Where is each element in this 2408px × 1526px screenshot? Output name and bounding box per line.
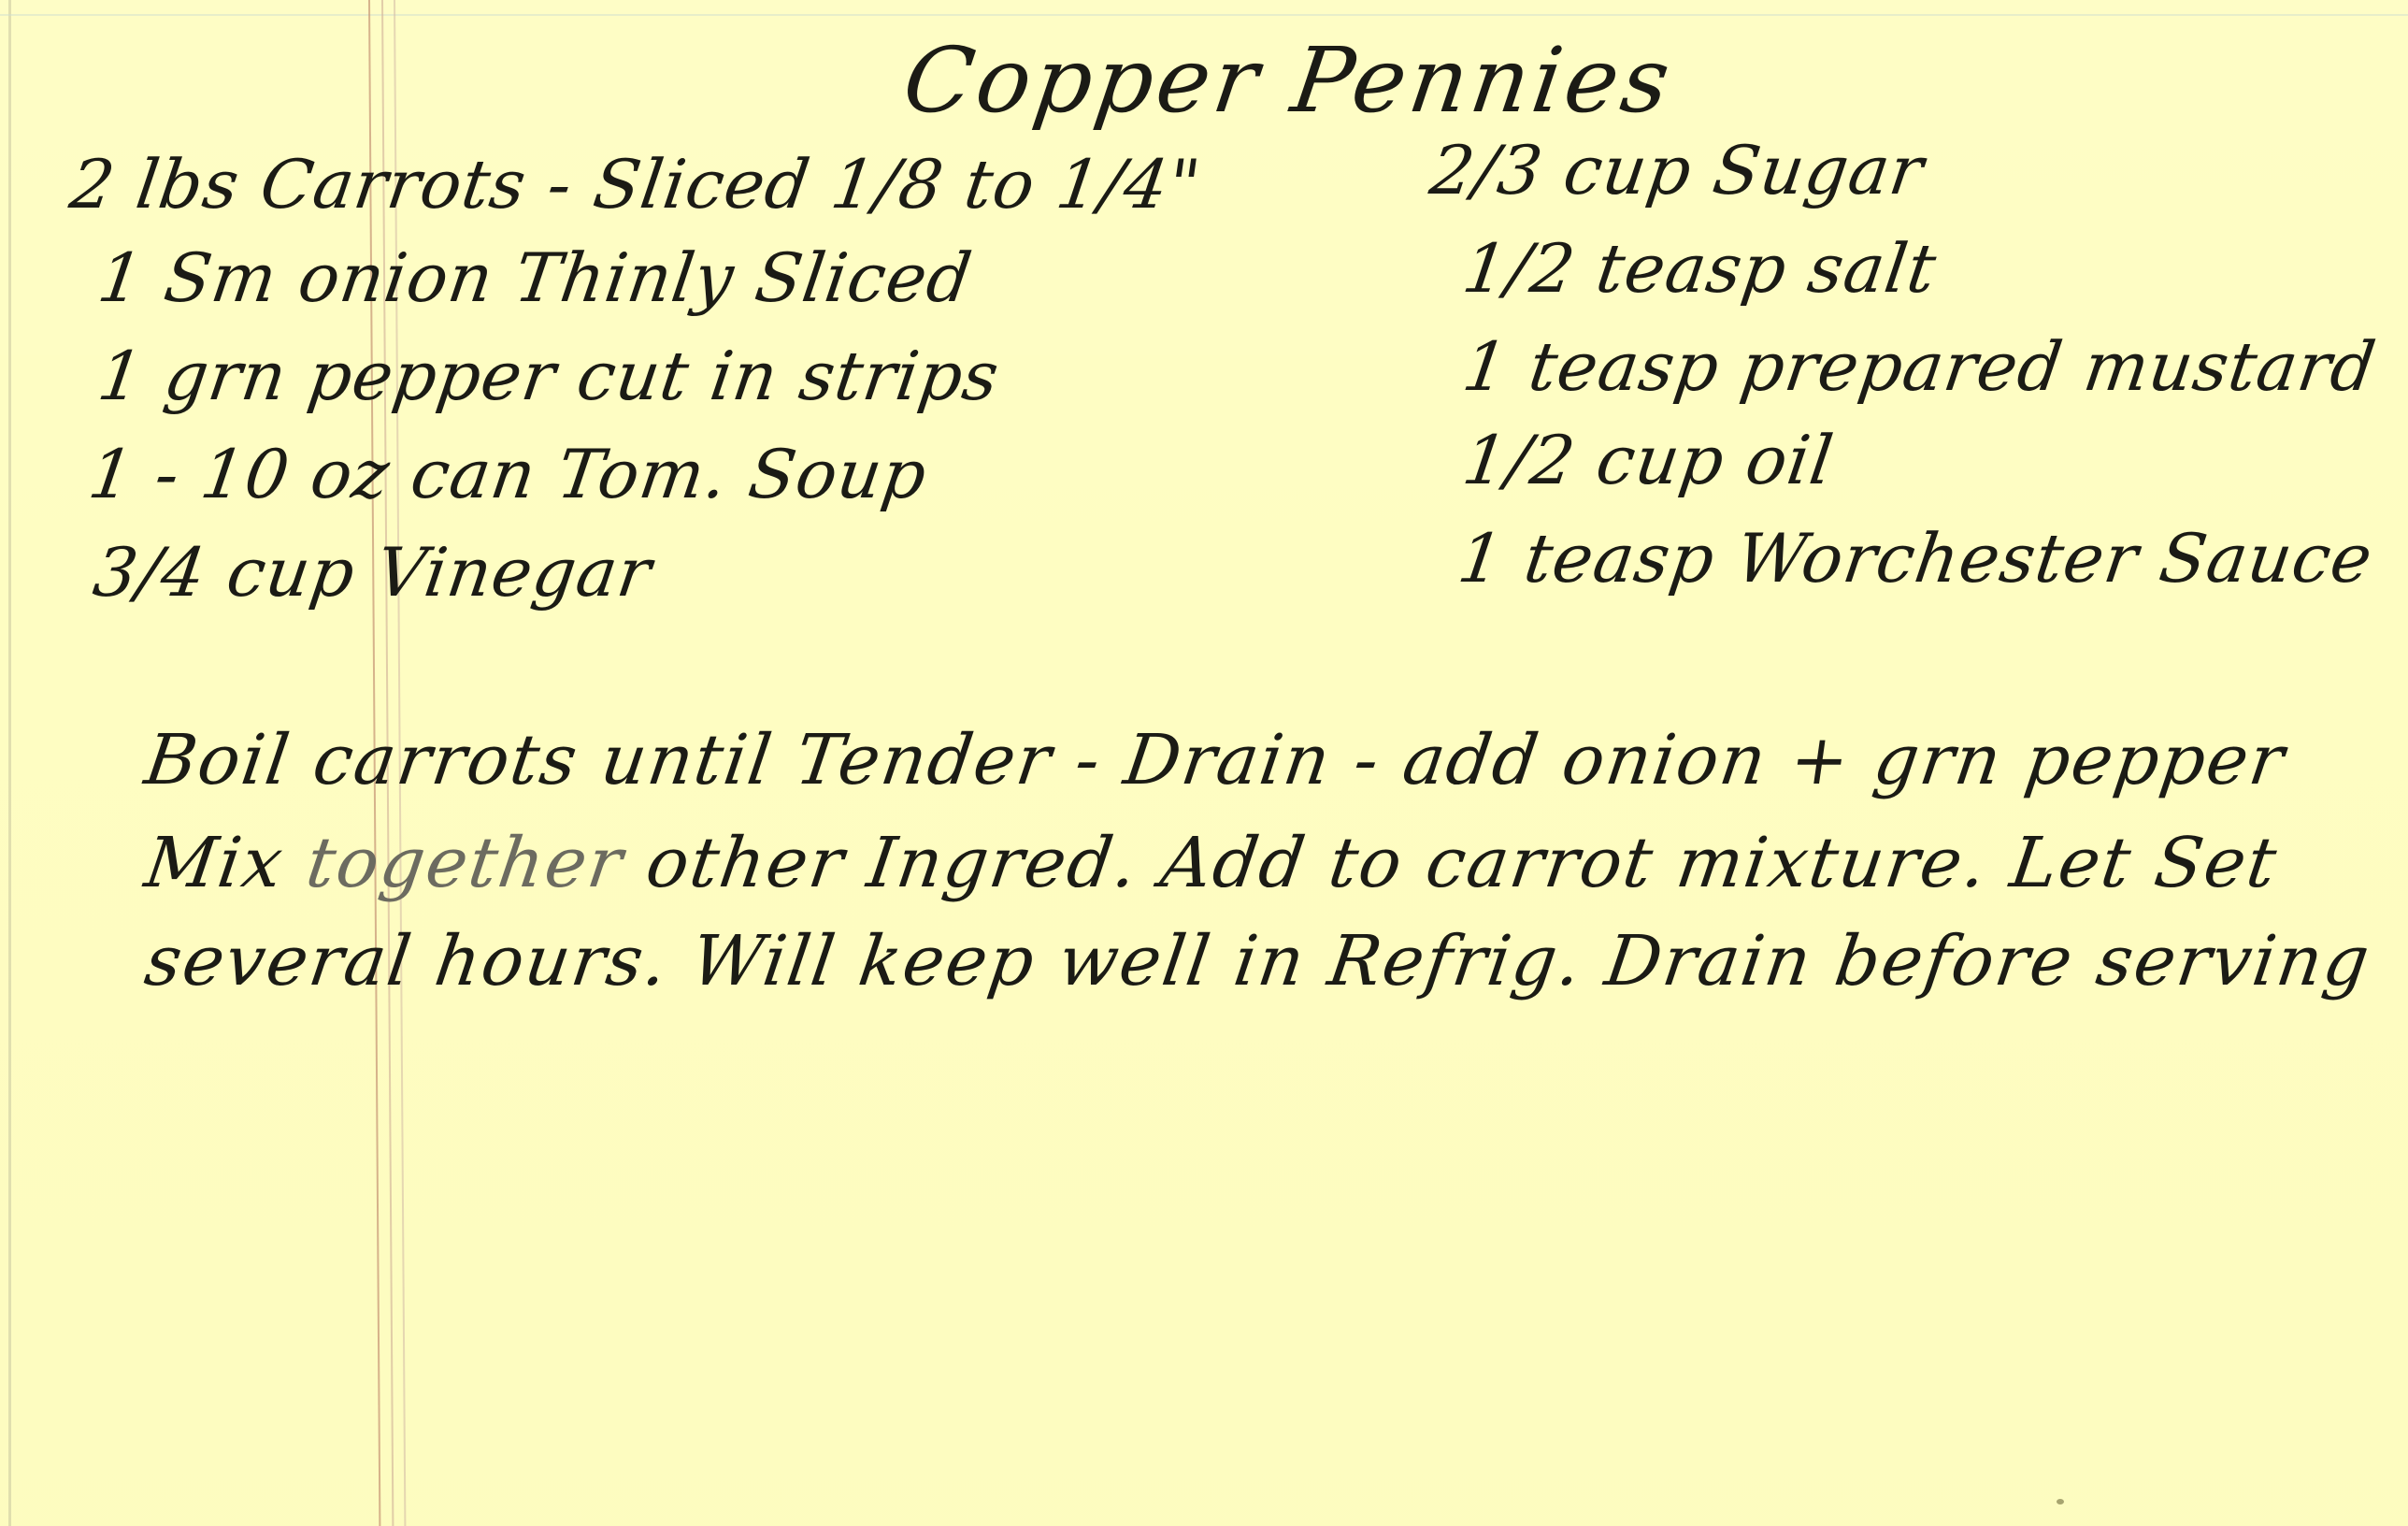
ingredient-item: 1 grn pepper cut in strips [93,337,1004,415]
recipe-title: Copper Pennies [897,28,1680,133]
ingredient-item: 1 Sm onion Thinly Sliced [93,238,977,317]
top-ruled-line [0,14,2408,16]
instruction-text: Mix [140,823,313,903]
instruction-line: Boil carrots until Tender - Drain - add … [140,720,2290,800]
ingredient-item: 3/4 cup Vinegar [89,533,656,612]
instruction-line: several hours. Will keep well in Refrig.… [140,921,2375,1001]
ingredient-item: 1 - 10 oz can Tom. Soup [84,435,932,513]
ingredient-item: 1 teasp Worchester Sauce [1454,519,2377,597]
ingredient-item: 2/3 cup Sugar [1426,131,1928,209]
ingredient-item: 1 teasp prepared mustard [1458,327,2381,406]
card-edge-line [8,0,11,1526]
paper-speck [2057,1499,2064,1504]
instruction-text-faint-ink: together [302,823,629,903]
instruction-text: other Ingred. Add to carrot mixture. Let… [618,823,2283,903]
ingredient-item: 2 lbs Carrots - Sliced 1/8 to 1/4" [65,145,1206,223]
instruction-line: Mix together other Ingred. Add to carrot… [140,823,2283,903]
recipe-card: Copper Pennies 2 lbs Carrots - Sliced 1/… [0,0,2408,1526]
ingredient-item: 1/2 cup oil [1458,421,1839,499]
ingredient-item: 1/2 teasp salt [1458,229,1942,308]
